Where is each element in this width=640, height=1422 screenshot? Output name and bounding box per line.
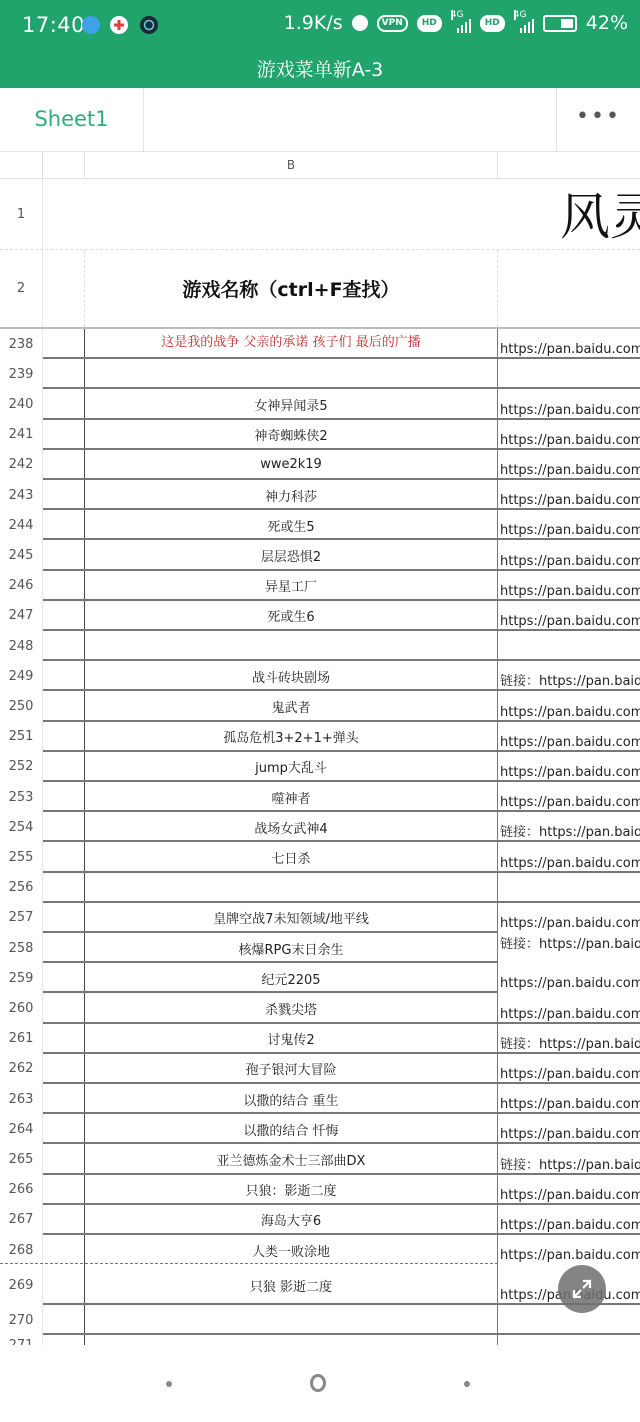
- link-cell[interactable]: [498, 359, 640, 389]
- cell-a[interactable]: [43, 1054, 85, 1084]
- table-row[interactable]: 271: [0, 1335, 640, 1345]
- link-cell[interactable]: 链接：https://pan.baidu: [498, 1144, 640, 1174]
- row-number[interactable]: 266: [0, 1175, 43, 1205]
- table-row[interactable]: 252jump大乱斗https://pan.baidu.com/: [0, 752, 640, 782]
- game-name-cell[interactable]: 神奇蜘蛛侠2: [85, 420, 498, 450]
- cell-a[interactable]: [43, 782, 85, 812]
- link-cell[interactable]: 链接：https://pan.baidu: [498, 933, 640, 963]
- tab-sheet1[interactable]: Sheet1: [0, 88, 144, 151]
- game-name-cell[interactable]: 只狼：影逝二度: [85, 1175, 498, 1205]
- row-number[interactable]: 265: [0, 1144, 43, 1174]
- table-row[interactable]: 249战斗砖块剧场链接：https://pan.baidu: [0, 661, 640, 691]
- cell-a[interactable]: [43, 480, 85, 510]
- row-number[interactable]: 249: [0, 661, 43, 691]
- cell-c[interactable]: [498, 250, 640, 327]
- link-cell[interactable]: [498, 1335, 640, 1345]
- hd-icon: HD: [417, 15, 442, 32]
- row-number[interactable]: 271: [0, 1335, 43, 1345]
- row-number[interactable]: 261: [0, 1024, 43, 1054]
- table-row[interactable]: 264以撒的结合 忏悔https://pan.baidu.com/: [0, 1114, 640, 1144]
- cell-a[interactable]: [43, 842, 85, 872]
- table-row[interactable]: 250鬼武者https://pan.baidu.com/: [0, 691, 640, 721]
- cell-a[interactable]: [43, 450, 85, 480]
- row-number[interactable]: 250: [0, 691, 43, 721]
- cell-a[interactable]: [43, 661, 85, 691]
- cell-a[interactable]: [43, 1205, 85, 1235]
- row-number[interactable]: 246: [0, 571, 43, 601]
- row-number[interactable]: 252: [0, 752, 43, 782]
- game-name-cell[interactable]: 孤岛危机3+2+1+弹头: [85, 722, 498, 752]
- link-cell[interactable]: [498, 631, 640, 661]
- game-name-cell[interactable]: 讨鬼传2: [85, 1024, 498, 1054]
- clock-icon: [352, 15, 368, 31]
- table-row[interactable]: 261讨鬼传2链接：https://pan.baidu: [0, 1024, 640, 1054]
- link-cell[interactable]: https://pan.baidu.com/: [498, 450, 640, 480]
- cell-a[interactable]: [43, 389, 85, 419]
- table-row[interactable]: 247死或生6https://pan.baidu.com/: [0, 601, 640, 631]
- table-row[interactable]: 243神力科莎https://pan.baidu.com/: [0, 480, 640, 510]
- table-row[interactable]: 270: [0, 1305, 640, 1335]
- link-cell[interactable]: https://pan.baidu.com/: [498, 842, 640, 872]
- game-name-cell[interactable]: 神力科莎: [85, 480, 498, 510]
- row-number[interactable]: 264: [0, 1114, 43, 1144]
- sheet-tab-bar: Sheet1 •••: [0, 88, 640, 152]
- link-cell[interactable]: https://pan.baidu.com/: [498, 571, 640, 601]
- row-number[interactable]: 258: [0, 933, 43, 963]
- row-number[interactable]: 269: [0, 1265, 43, 1305]
- game-name-cell[interactable]: 核爆RPG末日余生: [85, 933, 498, 963]
- status-indicators: 1.9K/s VPN HD 4G HD 4G 42%: [284, 12, 628, 34]
- row-number[interactable]: 256: [0, 873, 43, 903]
- table-row[interactable]: 260杀戮尖塔https://pan.baidu.com/: [0, 993, 640, 1023]
- status-bar: 17:40 1.9K/s VPN HD 4G HD 4G 42%: [0, 0, 640, 52]
- link-cell[interactable]: https://pan.baidu.com/: [498, 963, 640, 993]
- game-name-cell[interactable]: 这是我的战争 父亲的承诺 孩子们 最后的广播: [85, 329, 498, 359]
- net-speed: 1.9K/s: [284, 12, 343, 34]
- cell-a[interactable]: [43, 691, 85, 721]
- cell-a[interactable]: [43, 540, 85, 570]
- row-number[interactable]: 259: [0, 963, 43, 993]
- expand-button[interactable]: [558, 1265, 606, 1313]
- link-cell[interactable]: https://pan.baidu.com/: [498, 1205, 640, 1235]
- game-name-cell[interactable]: 人类一败涂地: [85, 1235, 498, 1265]
- link-cell[interactable]: https://pan.baidu.com/: [498, 1175, 640, 1205]
- link-cell[interactable]: 链接：https://pan.baidu: [498, 661, 640, 691]
- column-header-b[interactable]: B: [85, 152, 498, 179]
- cell-a[interactable]: [43, 1235, 85, 1265]
- sheet-title-cell[interactable]: 风灵: [498, 179, 640, 249]
- game-name-cell[interactable]: 层层恐惧2: [85, 540, 498, 570]
- link-cell[interactable]: https://pan.baidu.com/: [498, 420, 640, 450]
- column-header-row: B: [0, 152, 640, 179]
- link-cell[interactable]: https://pan.baidu.com/: [498, 782, 640, 812]
- signal-icon: 4G: [451, 13, 471, 33]
- link-cell[interactable]: https://pan.baidu.com/: [498, 1054, 640, 1084]
- link-cell[interactable]: https://pan.baidu.com/: [498, 722, 640, 752]
- system-nav-bar: [0, 1345, 640, 1422]
- cell-a[interactable]: [43, 722, 85, 752]
- game-name-cell[interactable]: 孢子银河大冒险: [85, 1054, 498, 1084]
- hd-icon-2: HD: [480, 15, 505, 32]
- game-name-cell[interactable]: jump大乱斗: [85, 752, 498, 782]
- cell-a[interactable]: [43, 1175, 85, 1205]
- column-header-c[interactable]: [498, 152, 640, 179]
- link-cell[interactable]: [498, 873, 640, 903]
- table-row[interactable]: 263以撒的结合 重生https://pan.baidu.com/: [0, 1084, 640, 1114]
- game-name-cell[interactable]: 死或生6: [85, 601, 498, 631]
- cell-a[interactable]: [43, 420, 85, 450]
- link-cell[interactable]: 链接：https://pan.baidu: [498, 1024, 640, 1054]
- table-row[interactable]: 248: [0, 631, 640, 661]
- game-name-cell[interactable]: [85, 359, 498, 389]
- game-name-cell[interactable]: 噬神者: [85, 782, 498, 812]
- table-row[interactable]: 266只狼：影逝二度https://pan.baidu.com/: [0, 1175, 640, 1205]
- table-row[interactable]: 269只狼 影逝二度https://pan.baidu.com/: [0, 1265, 640, 1305]
- row-number[interactable]: 241: [0, 420, 43, 450]
- link-cell[interactable]: https://pan.baidu.com/: [498, 389, 640, 419]
- vpn-icon: VPN: [377, 15, 408, 32]
- row-number[interactable]: 253: [0, 782, 43, 812]
- row-number[interactable]: 251: [0, 722, 43, 752]
- table-row[interactable]: 238这是我的战争 父亲的承诺 孩子们 最后的广播https://pan.bai…: [0, 329, 640, 359]
- nav-home-button[interactable]: [310, 1374, 326, 1392]
- status-time: 17:40: [22, 13, 85, 37]
- row-number[interactable]: 254: [0, 812, 43, 842]
- spreadsheet-grid[interactable]: 1 风灵 2 游戏名称（ctrl+F查找） 238这是我的战争 父亲的承诺 孩子…: [0, 179, 640, 1345]
- game-name-cell[interactable]: 亚兰德炼金术士三部曲DX: [85, 1144, 498, 1174]
- table-row[interactable]: 251孤岛危机3+2+1+弹头https://pan.baidu.com/: [0, 722, 640, 752]
- cell-a[interactable]: [43, 933, 85, 963]
- table-row[interactable]: 254战场女武神4链接：https://pan.baidu: [0, 812, 640, 842]
- game-name-cell[interactable]: [85, 873, 498, 903]
- game-name-cell[interactable]: 战场女武神4: [85, 812, 498, 842]
- table-row[interactable]: 244死或生5https://pan.baidu.com/: [0, 510, 640, 540]
- row-number[interactable]: 263: [0, 1084, 43, 1114]
- row-number[interactable]: 257: [0, 903, 43, 933]
- cell-a[interactable]: [43, 1265, 85, 1305]
- row-number[interactable]: 1: [0, 179, 43, 249]
- link-cell[interactable]: https://pan.baidu.com/: [498, 540, 640, 570]
- link-cell[interactable]: https://pan.baidu.com/: [498, 510, 640, 540]
- link-cell[interactable]: https://pan.baidu.com/: [498, 691, 640, 721]
- table-row[interactable]: 258核爆RPG末日余生链接：https://pan.baidu: [0, 933, 640, 963]
- link-cell[interactable]: https://pan.baidu.com/: [498, 1084, 640, 1114]
- link-cell[interactable]: 链接：https://pan.baidu: [498, 812, 640, 842]
- cell-a[interactable]: [43, 510, 85, 540]
- table-row[interactable]: 267海岛大亨6https://pan.baidu.com/: [0, 1205, 640, 1235]
- link-cell[interactable]: https://pan.baidu.com/: [498, 601, 640, 631]
- row-number[interactable]: 247: [0, 601, 43, 631]
- battery-percent: 42%: [586, 12, 628, 34]
- game-name-cell[interactable]: 以撒的结合 重生: [85, 1084, 498, 1114]
- cell-a[interactable]: [43, 1084, 85, 1114]
- row-number[interactable]: 240: [0, 389, 43, 419]
- link-cell[interactable]: https://pan.baidu.com/: [498, 993, 640, 1023]
- table-row[interactable]: 257皇牌空战7未知领域/地平线https://pan.baidu.com/: [0, 903, 640, 933]
- table-row[interactable]: 253噬神者https://pan.baidu.com/: [0, 782, 640, 812]
- link-cell[interactable]: https://pan.baidu.com/: [498, 1114, 640, 1144]
- table-row[interactable]: 259纪元2205https://pan.baidu.com/: [0, 963, 640, 993]
- table-row-frozen-1[interactable]: 1 风灵: [0, 179, 640, 250]
- battery-icon: [543, 15, 577, 32]
- signal-icon-2: 4G: [514, 13, 534, 33]
- cell-a[interactable]: [43, 903, 85, 933]
- more-options-icon[interactable]: •••: [556, 88, 640, 151]
- game-name-cell[interactable]: 死或生5: [85, 510, 498, 540]
- cell-a[interactable]: [43, 963, 85, 993]
- health-app-icon: [110, 16, 128, 34]
- cell-a[interactable]: [43, 1114, 85, 1144]
- link-cell[interactable]: https://pan.baidu.com/: [498, 480, 640, 510]
- cell-a[interactable]: [43, 571, 85, 601]
- table-row[interactable]: 268人类一败涂地https://pan.baidu.com/: [0, 1235, 640, 1265]
- game-name-cell[interactable]: 女神异闻录5: [85, 389, 498, 419]
- game-name-cell[interactable]: 以撒的结合 忏悔: [85, 1114, 498, 1144]
- game-name-cell[interactable]: [85, 1305, 498, 1335]
- row-number[interactable]: 260: [0, 993, 43, 1023]
- cell-a[interactable]: [43, 1024, 85, 1054]
- cell-a[interactable]: [43, 993, 85, 1023]
- cloud-app-icon: [82, 16, 100, 34]
- row-number[interactable]: 267: [0, 1205, 43, 1235]
- document-title: 游戏菜单新A-3: [0, 52, 640, 88]
- cell-a[interactable]: [43, 250, 85, 327]
- row-number[interactable]: 245: [0, 540, 43, 570]
- cell-a[interactable]: [43, 1144, 85, 1174]
- link-cell[interactable]: https://pan.baidu.com/: [498, 329, 640, 359]
- table-row[interactable]: 245层层恐惧2https://pan.baidu.com/: [0, 540, 640, 570]
- row-number[interactable]: 2: [0, 250, 43, 327]
- game-name-cell[interactable]: 鬼武者: [85, 691, 498, 721]
- nav-menu-button[interactable]: [166, 1381, 172, 1387]
- link-cell[interactable]: https://pan.baidu.com/: [498, 752, 640, 782]
- game-name-cell[interactable]: 只狼 影逝二度: [85, 1265, 498, 1305]
- row-number[interactable]: 239: [0, 359, 43, 389]
- game-name-cell[interactable]: [85, 1335, 498, 1345]
- table-row[interactable]: 246异星工厂https://pan.baidu.com/: [0, 571, 640, 601]
- header-cell-game-name[interactable]: 游戏名称（ctrl+F查找）: [85, 250, 498, 327]
- power-app-icon: [140, 16, 158, 34]
- cell-a[interactable]: [43, 329, 85, 359]
- game-name-cell[interactable]: 皇牌空战7未知领域/地平线: [85, 903, 498, 933]
- row-number[interactable]: 255: [0, 842, 43, 872]
- table-row[interactable]: 241神奇蜘蛛侠2https://pan.baidu.com/: [0, 420, 640, 450]
- game-name-cell[interactable]: wwe2k19: [85, 450, 498, 480]
- row-number[interactable]: 268: [0, 1235, 43, 1265]
- table-row-frozen-2[interactable]: 2 游戏名称（ctrl+F查找）: [0, 250, 640, 329]
- corner-cell[interactable]: [0, 152, 43, 179]
- game-name-cell[interactable]: 异星工厂: [85, 571, 498, 601]
- row-number[interactable]: 242: [0, 450, 43, 480]
- link-cell[interactable]: https://pan.baidu.com/: [498, 903, 640, 933]
- column-header-a[interactable]: [43, 152, 85, 179]
- row-number[interactable]: 248: [0, 631, 43, 661]
- game-name-cell[interactable]: 战斗砖块剧场: [85, 661, 498, 691]
- cell-a[interactable]: [43, 873, 85, 903]
- table-row[interactable]: 265亚兰德炼金术士三部曲DX链接：https://pan.baidu: [0, 1144, 640, 1174]
- table-row[interactable]: 262孢子银河大冒险https://pan.baidu.com/: [0, 1054, 640, 1084]
- cell-a[interactable]: [43, 359, 85, 389]
- row-number[interactable]: 262: [0, 1054, 43, 1084]
- cell-a[interactable]: [43, 601, 85, 631]
- cell-a[interactable]: [43, 1305, 85, 1335]
- game-name-cell[interactable]: [85, 631, 498, 661]
- cell-a[interactable]: [43, 752, 85, 782]
- game-name-cell[interactable]: 七日杀: [85, 842, 498, 872]
- nav-back-button[interactable]: [464, 1381, 470, 1387]
- row-number[interactable]: 244: [0, 510, 43, 540]
- row-number[interactable]: 243: [0, 480, 43, 510]
- game-name-cell[interactable]: 纪元2205: [85, 963, 498, 993]
- table-row[interactable]: 242wwe2k19https://pan.baidu.com/: [0, 450, 640, 480]
- cell-a[interactable]: [43, 631, 85, 661]
- table-row[interactable]: 256: [0, 873, 640, 903]
- row-number[interactable]: 238: [0, 329, 43, 359]
- link-cell[interactable]: https://pan.baidu.com/: [498, 1235, 640, 1265]
- table-row[interactable]: 255七日杀https://pan.baidu.com/: [0, 842, 640, 872]
- cell-a[interactable]: [43, 1335, 85, 1345]
- expand-arrows-icon: [569, 1276, 595, 1302]
- row-number[interactable]: 270: [0, 1305, 43, 1335]
- cell-a[interactable]: [43, 812, 85, 842]
- table-row[interactable]: 239: [0, 359, 640, 389]
- game-name-cell[interactable]: 海岛大亨6: [85, 1205, 498, 1235]
- table-row[interactable]: 240女神异闻录5https://pan.baidu.com/: [0, 389, 640, 419]
- game-name-cell[interactable]: 杀戮尖塔: [85, 993, 498, 1023]
